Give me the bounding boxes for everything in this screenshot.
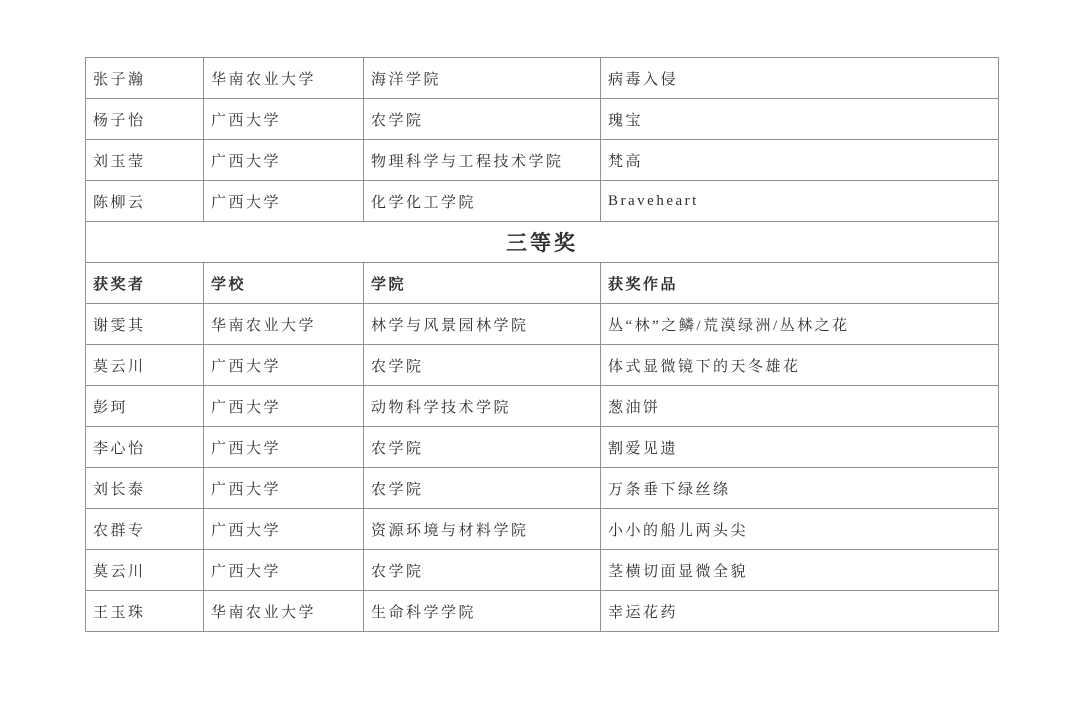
winner-cell: 刘长泰 [86, 468, 204, 509]
work-cell: 幸运花药 [601, 591, 999, 632]
winner-cell: 莫云川 [86, 345, 204, 386]
work-cell: 小小的船儿两头尖 [601, 509, 999, 550]
work-cell: 割爱见遗 [601, 427, 999, 468]
document-page: 张子瀚 华南农业大学 海洋学院 病毒入侵 杨子怡 广西大学 农学院 瑰宝 刘玉莹… [0, 0, 1089, 712]
winner-cell: 彭珂 [86, 386, 204, 427]
table-row: 杨子怡 广西大学 农学院 瑰宝 [86, 99, 999, 140]
column-header-work: 获奖作品 [601, 263, 999, 304]
table-row: 农群专 广西大学 资源环境与材料学院 小小的船儿两头尖 [86, 509, 999, 550]
table-row: 刘长泰 广西大学 农学院 万条垂下绿丝绦 [86, 468, 999, 509]
column-header-college: 学院 [364, 263, 601, 304]
header-row: 获奖者 学校 学院 获奖作品 [86, 263, 999, 304]
college-cell: 海洋学院 [364, 58, 601, 99]
college-cell: 生命科学学院 [364, 591, 601, 632]
column-header-school: 学校 [204, 263, 364, 304]
college-cell: 资源环境与材料学院 [364, 509, 601, 550]
college-cell: 农学院 [364, 99, 601, 140]
winner-cell: 刘玉莹 [86, 140, 204, 181]
college-cell: 物理科学与工程技术学院 [364, 140, 601, 181]
table-row: 谢雯其 华南农业大学 林学与风景园林学院 丛“林”之鳞/荒漠绿洲/丛林之花 [86, 304, 999, 345]
table-row: 王玉珠 华南农业大学 生命科学学院 幸运花药 [86, 591, 999, 632]
school-cell: 华南农业大学 [204, 304, 364, 345]
work-cell: 瑰宝 [601, 99, 999, 140]
work-cell: 茎横切面显微全貌 [601, 550, 999, 591]
work-cell: 葱油饼 [601, 386, 999, 427]
winner-cell: 农群专 [86, 509, 204, 550]
college-cell: 农学院 [364, 427, 601, 468]
section-title: 三等奖 [86, 222, 999, 263]
winner-cell: 张子瀚 [86, 58, 204, 99]
college-cell: 动物科学技术学院 [364, 386, 601, 427]
work-cell: 万条垂下绿丝绦 [601, 468, 999, 509]
college-cell: 林学与风景园林学院 [364, 304, 601, 345]
work-cell: 病毒入侵 [601, 58, 999, 99]
winner-cell: 莫云川 [86, 550, 204, 591]
college-cell: 化学化工学院 [364, 181, 601, 222]
college-cell: 农学院 [364, 468, 601, 509]
table-row: 陈柳云 广西大学 化学化工学院 Braveheart [86, 181, 999, 222]
winner-cell: 王玉珠 [86, 591, 204, 632]
school-cell: 广西大学 [204, 468, 364, 509]
table-row: 彭珂 广西大学 动物科学技术学院 葱油饼 [86, 386, 999, 427]
school-cell: 广西大学 [204, 99, 364, 140]
school-cell: 广西大学 [204, 345, 364, 386]
winner-cell: 杨子怡 [86, 99, 204, 140]
college-cell: 农学院 [364, 345, 601, 386]
table-row: 莫云川 广西大学 农学院 体式显微镜下的天冬雄花 [86, 345, 999, 386]
college-cell: 农学院 [364, 550, 601, 591]
school-cell: 华南农业大学 [204, 591, 364, 632]
table-row: 李心怡 广西大学 农学院 割爱见遗 [86, 427, 999, 468]
work-cell: 体式显微镜下的天冬雄花 [601, 345, 999, 386]
table-row: 莫云川 广西大学 农学院 茎横切面显微全貌 [86, 550, 999, 591]
work-cell: 丛“林”之鳞/荒漠绿洲/丛林之花 [601, 304, 999, 345]
winner-cell: 陈柳云 [86, 181, 204, 222]
school-cell: 广西大学 [204, 427, 364, 468]
awards-table: 张子瀚 华南农业大学 海洋学院 病毒入侵 杨子怡 广西大学 农学院 瑰宝 刘玉莹… [85, 57, 999, 632]
column-header-winner: 获奖者 [86, 263, 204, 304]
winner-cell: 李心怡 [86, 427, 204, 468]
work-cell: Braveheart [601, 181, 999, 222]
work-cell: 梵高 [601, 140, 999, 181]
school-cell: 广西大学 [204, 509, 364, 550]
school-cell: 广西大学 [204, 550, 364, 591]
school-cell: 广西大学 [204, 386, 364, 427]
school-cell: 广西大学 [204, 140, 364, 181]
school-cell: 华南农业大学 [204, 58, 364, 99]
winner-cell: 谢雯其 [86, 304, 204, 345]
section-row: 三等奖 [86, 222, 999, 263]
table-row: 张子瀚 华南农业大学 海洋学院 病毒入侵 [86, 58, 999, 99]
table-row: 刘玉莹 广西大学 物理科学与工程技术学院 梵高 [86, 140, 999, 181]
school-cell: 广西大学 [204, 181, 364, 222]
